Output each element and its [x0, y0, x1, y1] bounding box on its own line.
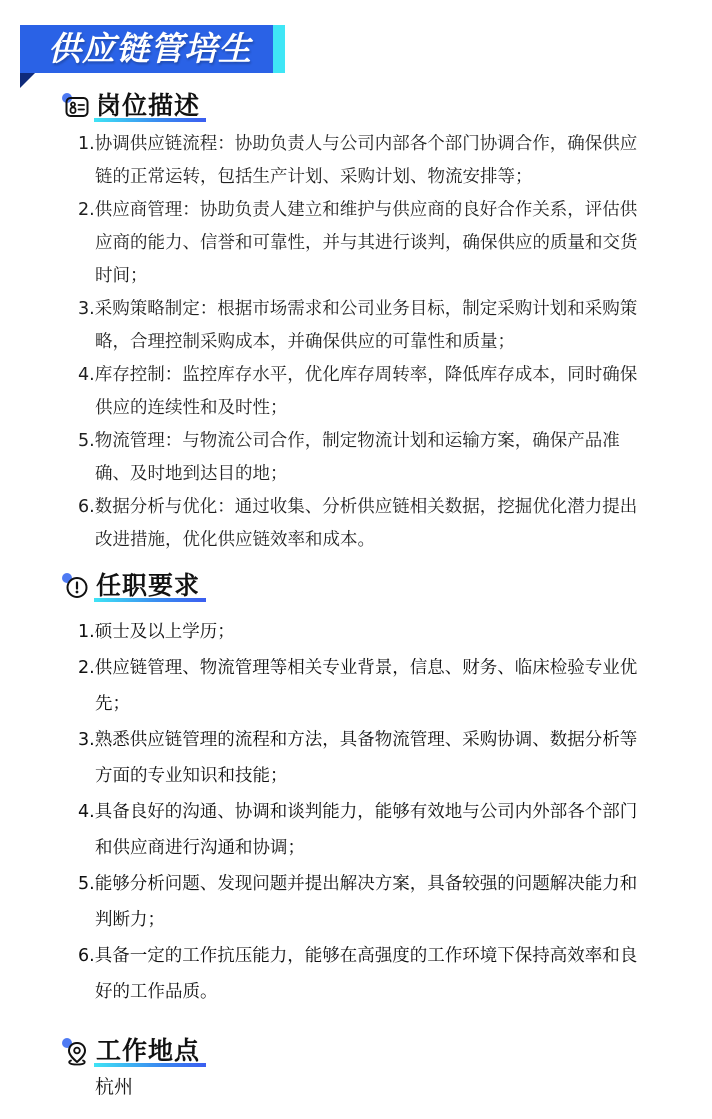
- list-item: 2.供应链管理、物流管理等相关专业背景，信息、财务、临床检验专业优先；: [78, 650, 638, 722]
- list-item: 4.具备良好的沟通、协调和谈判能力，能够有效地与公司内外部各个部门和供应商进行沟…: [78, 794, 638, 866]
- section-header-location: 工作地点: [64, 1034, 200, 1068]
- list-item: 2.供应商管理：协助负责人建立和维护与供应商的良好合作关系，评估供应商的能力、信…: [78, 194, 638, 293]
- exclamation-circle-icon: [64, 573, 90, 599]
- section-title-location: 工作地点: [96, 1034, 200, 1068]
- list-item: 1.协调供应链流程：协助负责人与公司内部各个部门协调合作，确保供应链的正常运转，…: [78, 128, 638, 194]
- section-header-duties: 岗位描述: [64, 89, 200, 123]
- list-item: 5.物流管理：与物流公司合作，制定物流计划和运输方案，确保产品准确、及时地到达目…: [78, 425, 638, 491]
- location-pin-icon: [64, 1038, 90, 1064]
- list-item: 5.能够分析问题、发现问题并提出解决方案，具备较强的问题解决能力和判断力；: [78, 866, 638, 938]
- list-item: 3.熟悉供应链管理的流程和方法，具备物流管理、采购协调、数据分析等方面的专业知识…: [78, 722, 638, 794]
- section-header-requirements: 任职要求: [64, 569, 200, 603]
- page-title: 供应链管培生: [48, 26, 252, 72]
- id-card-icon: [64, 93, 90, 119]
- list-item: 1.硕士及以上学历；: [78, 614, 638, 650]
- requirements-list: 1.硕士及以上学历； 2.供应链管理、物流管理等相关专业背景，信息、财务、临床检…: [78, 614, 638, 1010]
- list-item: 6.数据分析与优化：通过收集、分析供应链相关数据，挖掘优化潜力提出改进措施，优化…: [78, 491, 638, 557]
- list-item: 4.库存控制：监控库存水平，优化库存周转率，降低库存成本，同时确保供应的连续性和…: [78, 359, 638, 425]
- list-item: 6.具备一定的工作抗压能力，能够在高强度的工作环境下保持高效率和良好的工作品质。: [78, 938, 638, 1010]
- duties-list: 1.协调供应链流程：协助负责人与公司内部各个部门协调合作，确保供应链的正常运转，…: [78, 128, 638, 557]
- section-title-requirements: 任职要求: [96, 569, 200, 603]
- list-item: 3.采购策略制定：根据市场需求和公司业务目标，制定采购计划和采购策略，合理控制采…: [78, 293, 638, 359]
- banner-fold-corner: [20, 73, 35, 88]
- location-value: 杭州: [95, 1073, 133, 1101]
- banner-accent-stripe: [273, 25, 285, 73]
- section-title-duties: 岗位描述: [96, 89, 200, 123]
